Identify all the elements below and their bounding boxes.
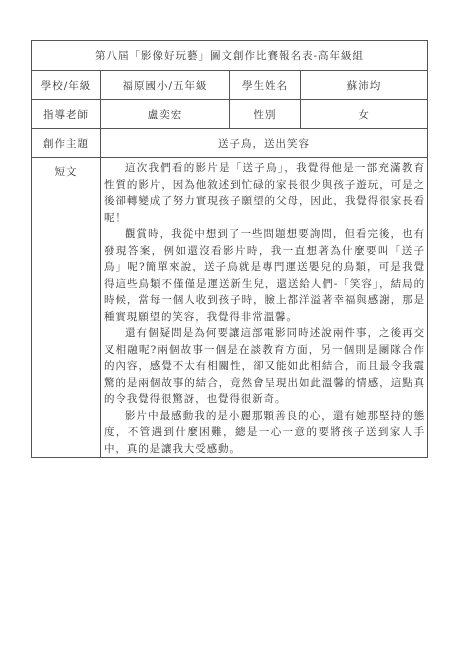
gender-label: 性別 <box>230 100 301 129</box>
form-title: 第八屆「影像好玩藝」圖文創作比賽報名表-高年級組 <box>32 41 428 71</box>
teacher-value: 盧奕宏 <box>101 100 230 129</box>
essay-body: 這次我們看的影片是「送子鳥」，我覺得他是一部充滿教育性質的影片，因為他敘述到忙碌… <box>101 158 428 458</box>
theme-value: 送子鳥，送出笑容 <box>101 129 428 158</box>
form-row-theme: 創作主題 送子鳥，送出笑容 <box>32 129 428 158</box>
student-name-value: 蘇沛均 <box>301 71 428 100</box>
document-page: 第八屆「影像好玩藝」圖文創作比賽報名表-高年級組 學校/年級 福原國小/五年級 … <box>0 0 458 648</box>
essay-label: 短文 <box>32 158 101 458</box>
school-grade-label: 學校/年級 <box>32 71 101 100</box>
student-name-label: 學生姓名 <box>230 71 301 100</box>
school-grade-value: 福原國小/五年級 <box>101 71 230 100</box>
teacher-label: 指導老師 <box>32 100 101 129</box>
essay-paragraph: 這次我們看的影片是「送子鳥」，我覺得他是一部充滿教育性質的影片，因為他敘述到忙碌… <box>104 160 425 226</box>
registration-form-table: 第八屆「影像好玩藝」圖文創作比賽報名表-高年級組 學校/年級 福原國小/五年級 … <box>31 40 428 458</box>
form-row-essay: 短文 這次我們看的影片是「送子鳥」，我覺得他是一部充滿教育性質的影片，因為他敘述… <box>32 158 428 458</box>
essay-paragraph: 還有個疑問是為何要讓這部電影同時述說兩件事，之後再交叉相融呢?兩個故事一個是在談… <box>104 325 425 408</box>
form-row-teacher: 指導老師 盧奕宏 性別 女 <box>32 100 428 129</box>
gender-value: 女 <box>301 100 428 129</box>
essay-paragraph: 觀賞時，我從中想到了一些問題想要詢問，但看完後，也有發現答案，例如還沒看影片時，… <box>104 226 425 325</box>
theme-label: 創作主題 <box>32 129 101 158</box>
form-row-school: 學校/年級 福原國小/五年級 學生姓名 蘇沛均 <box>32 71 428 100</box>
essay-paragraph: 影片中最感動我的是小麗那顆善良的心，還有她那堅持的態度，不管遇到什麼困難，總是一… <box>104 408 425 458</box>
